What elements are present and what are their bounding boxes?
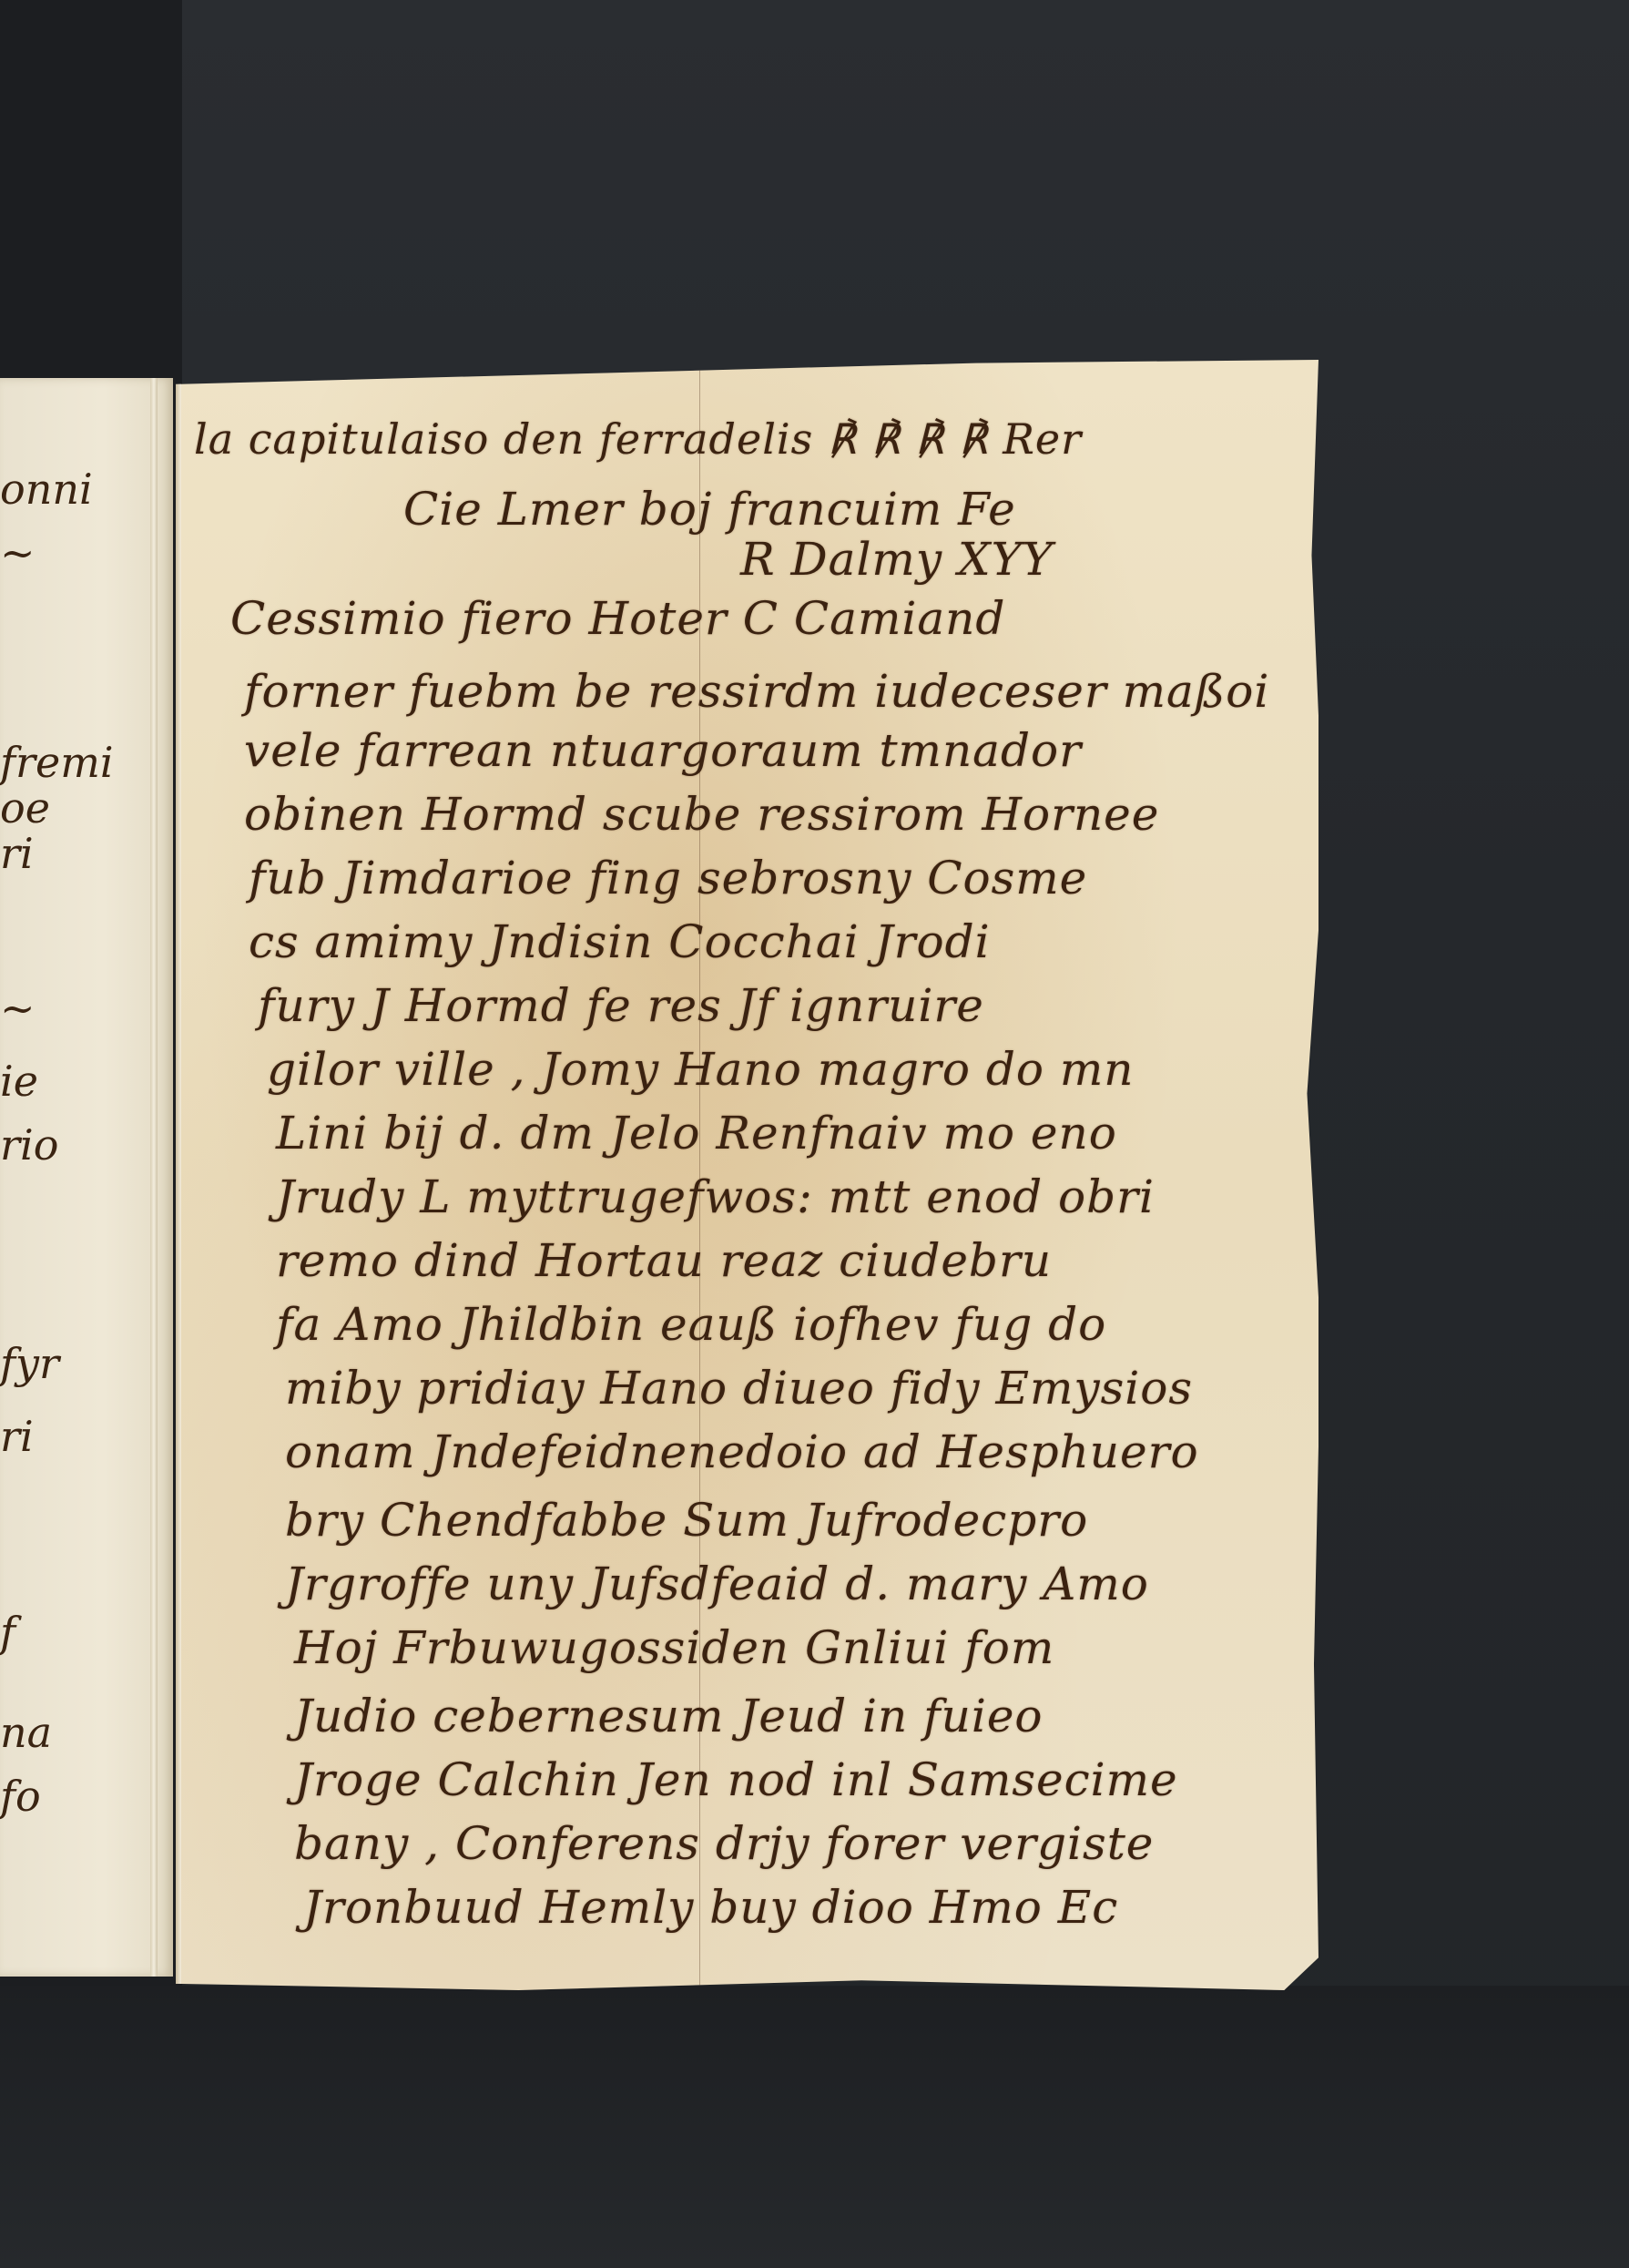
- manuscript-line: Cessimio fiero Hoter C Camiand: [230, 592, 1005, 645]
- main-leaf: la capitulaiso den ferradelis ℟ ℟ ℟ ℟ Re…: [176, 360, 1318, 1990]
- manuscript-line: Lini bij d. dm Jelo Renfnaiv mo eno: [276, 1107, 1117, 1160]
- manuscript-line: gilor ville , Jomy Hano magro do mn: [267, 1043, 1134, 1096]
- manuscript-line: bany , Conferens drjy forer vergiste: [294, 1817, 1154, 1870]
- left-fragment: na: [0, 1708, 52, 1757]
- manuscript-line: onam Jndefeidnenedoio ad Hesphuero: [285, 1425, 1199, 1478]
- manuscript-line: bry Chendfabbe Sum Jufrodecpro: [285, 1494, 1088, 1547]
- manuscript-heading: la capitulaiso den ferradelis ℟ ℟ ℟ ℟ Re…: [194, 414, 1082, 464]
- left-fragment: fyr: [0, 1339, 59, 1388]
- manuscript-line: R Dalmy XYY: [740, 533, 1054, 586]
- manuscript-line: Judio cebernesum Jeud in fuieo: [294, 1690, 1044, 1742]
- manuscript-line: obinen Hormd scube ressirom Hornee: [244, 788, 1159, 841]
- manuscript-line: forner fuebm be ressirdm iudeceser maßoi: [244, 665, 1269, 718]
- manuscript-text: la capitulaiso den ferradelis ℟ ℟ ℟ ℟ Re…: [176, 360, 1318, 1990]
- manuscript-line: remo dind Hortau reaz ciudebru: [276, 1234, 1052, 1287]
- manuscript-line: fa Amo Jhildbin eauß iofhev fug do: [276, 1298, 1106, 1351]
- fold-crease: [150, 378, 158, 1977]
- left-fragment: ri: [0, 829, 34, 878]
- left-fragment: ri: [0, 1412, 34, 1461]
- manuscript-line: vele farrean ntuargoraum tmnador: [244, 724, 1082, 777]
- left-fragment: onni: [0, 465, 93, 514]
- left-fragment: rio: [0, 1120, 58, 1170]
- left-leaf: onni ~ fremi oe ri ~ ie rio fyr ri f na …: [0, 378, 173, 1977]
- manuscript-line: fury J Hormd fe res Jf ignruire: [258, 979, 984, 1032]
- manuscript-line: Jrudy L myttrugefwos: mtt enod obri: [276, 1170, 1155, 1223]
- left-fragment: fremi: [0, 738, 114, 787]
- manuscript-line: fub Jimdarioe fing sebrosny Cosme: [249, 852, 1087, 904]
- manuscript-line: Cie Lmer boj francuim Fe: [403, 483, 1016, 536]
- manuscript-line: Hoj Frbuwugossiden Gnliui fom: [294, 1621, 1054, 1674]
- left-fragment: f: [0, 1608, 15, 1657]
- manuscript-line: cs amimy Jndisin Cocchai Jrodi: [249, 915, 991, 968]
- manuscript-line: Jronbuud Hemly buy dioo Hmo Ec: [303, 1881, 1118, 1934]
- background-bottom: [0, 1986, 1629, 2268]
- manuscript-line: miby pridiay Hano diueo fidy Emysios: [285, 1362, 1193, 1415]
- left-fragment: ~: [0, 528, 36, 577]
- left-fragment: ~: [0, 984, 36, 1033]
- left-fragment: oe: [0, 783, 50, 833]
- manuscript-line: Jrgroffe uny Jufsdfeaid d. mary Amo: [285, 1558, 1149, 1610]
- left-fragment: fo: [0, 1772, 41, 1821]
- left-fragment: ie: [0, 1057, 38, 1106]
- manuscript-line: Jroge Calchin Jen nod inl Samsecime: [294, 1753, 1178, 1806]
